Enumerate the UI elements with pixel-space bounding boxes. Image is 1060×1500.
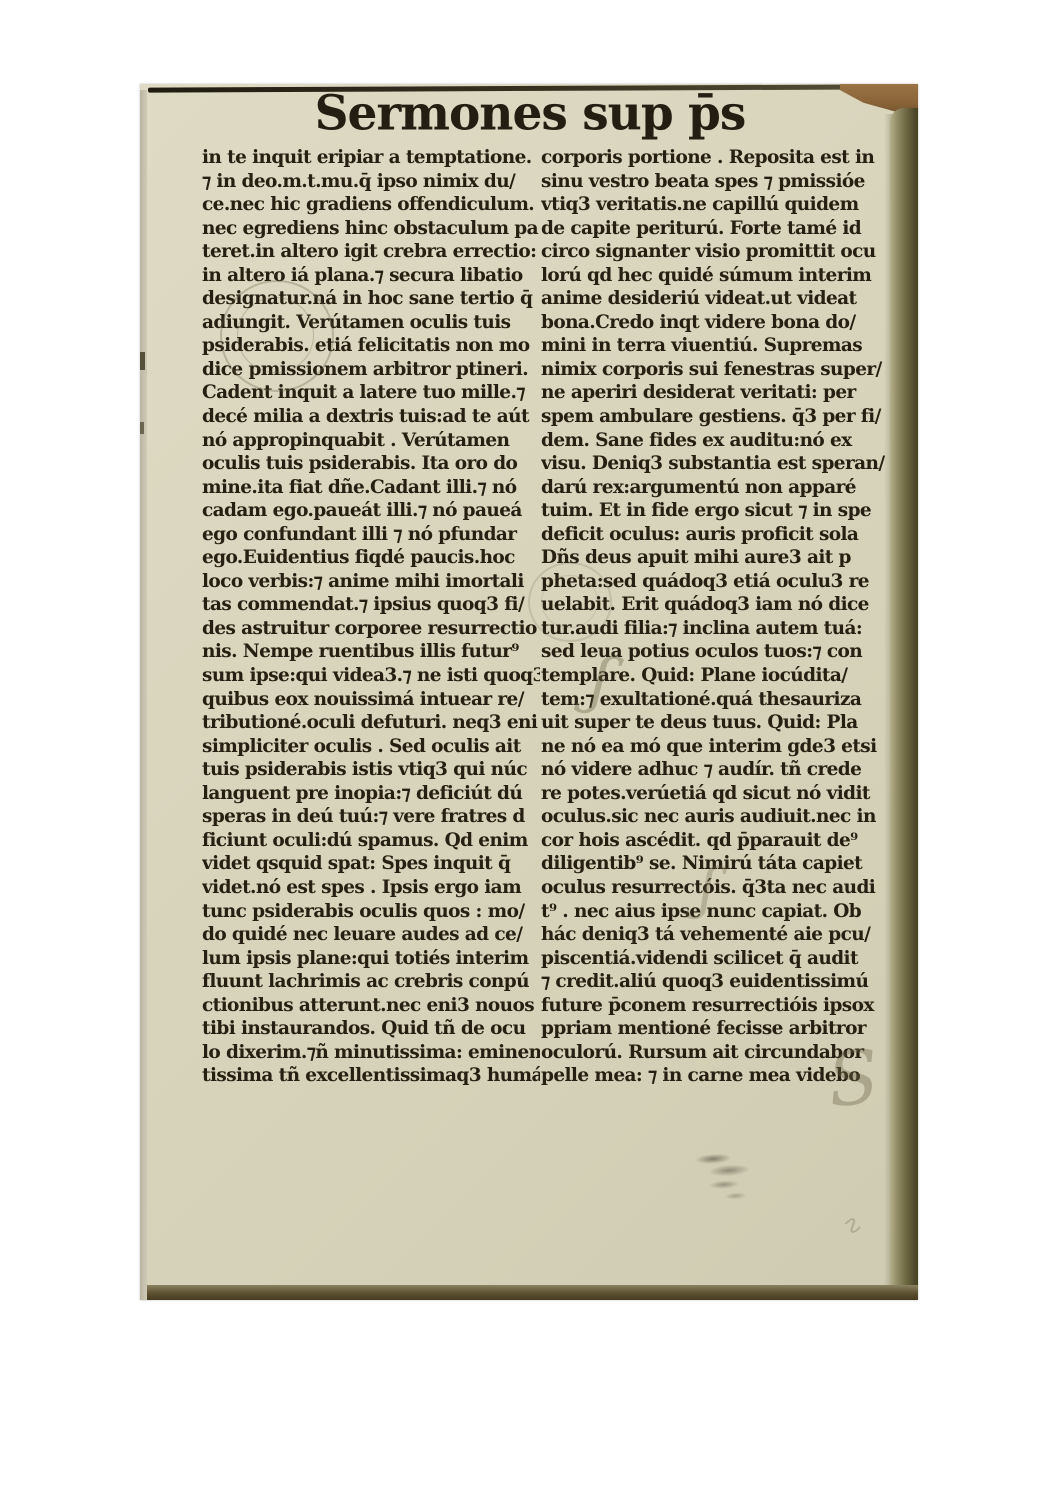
- text-line: lorú qd hec quidé súmum interim: [541, 264, 889, 288]
- show-through-mark: [528, 562, 612, 642]
- text-line: do quidé nec leuare audes ad ce/: [202, 923, 540, 947]
- text-line: nó appropinquabit . Verútamen: [202, 429, 540, 453]
- text-line: tuim. Et in fide ergo sicut ⁊ in spe: [541, 499, 889, 523]
- text-line: loco verbis:⁊ anime mihi imortali: [202, 570, 540, 594]
- text-line: piscentiá.videndi scilicet q̄ audit: [541, 947, 889, 971]
- text-line: ce.nec hic gradiens offendiculum.: [202, 193, 540, 217]
- text-line: quibus eox nouissimá intuear re/: [202, 688, 540, 712]
- text-line: templare. Quid: Plane iocúdita/: [541, 664, 889, 688]
- text-line: ⁊ credit.aliú quoq3 euidentissimú: [541, 970, 889, 994]
- text-line: ne aperiri desiderat veritati: per: [541, 381, 889, 405]
- text-line: nec egrediens hinc obstaculum pa: [202, 217, 540, 241]
- text-line: des astruitur corporee resurrectio: [202, 617, 540, 641]
- text-line: teret.in altero igit crebra errectio:: [202, 240, 540, 264]
- text-line: ppriam mentioné fecisse arbitror: [541, 1017, 889, 1041]
- text-line: tuis psiderabis istis vtiq3 qui núc: [202, 758, 540, 782]
- text-line: mini in terra viuentiú. Supremas: [541, 334, 889, 358]
- text-line: tem:⁊ exultationé.quá thesauriza: [541, 688, 889, 712]
- text-line: ⁊ in deo.m.t.mu.q̄ ipso nimix du/: [202, 170, 540, 194]
- page-left-edge: [140, 90, 147, 1300]
- text-line: in altero iá plana.⁊ secura libatio: [202, 264, 540, 288]
- text-line: uit super te deus tuus. Quid: Pla: [541, 711, 889, 735]
- text-line: ctionibus atterunt.nec eni3 nouos: [202, 994, 540, 1018]
- pencil-scribble: ∿: [836, 1207, 867, 1243]
- text-line: nimix corporis sui fenestras super/: [541, 358, 889, 382]
- text-line: in te inquit eripiar a temptatione.: [202, 146, 540, 170]
- text-line: ficiunt oculi:dú spamus. Qd enim: [202, 829, 540, 853]
- text-line: cor hois ascédit. qd p̄parauit de⁹: [541, 829, 889, 853]
- text-line: de capite periturú. Forte tamé id: [541, 217, 889, 241]
- page-edges-right: [890, 108, 918, 1300]
- text-line: cadam ego.paueát illi.⁊ nó paueá: [202, 499, 540, 523]
- text-line: ego confundant illi ⁊ nó pfundar: [202, 523, 540, 547]
- text-line: visu. Deniq3 substantia est speran/: [541, 452, 889, 476]
- text-line: tibi instaurandos. Quid tñ de ocu: [202, 1017, 540, 1041]
- text-line: spem ambulare gestiens. q̄3 per fi/: [541, 405, 889, 429]
- text-line: mine.ita fiat dñe.Cadant illi.⁊ nó: [202, 476, 540, 500]
- text-line: deficit oculus: auris proficit sola: [541, 523, 889, 547]
- text-line: circo signanter visio promittit ocu: [541, 240, 889, 264]
- text-line: nis. Nempe ruentibus illis futur⁹: [202, 640, 540, 664]
- text-line: simpliciter oculis . Sed oculis ait: [202, 735, 540, 759]
- text-line: Dñs deus apuit mihi aure3 ait p: [541, 546, 889, 570]
- text-line: future p̄conem resurrectióis ipsox: [541, 994, 889, 1018]
- text-line: tas commendat.⁊ ipsius quoq3 fi/: [202, 593, 540, 617]
- text-line: corporis portione . Reposita est in: [541, 146, 889, 170]
- text-line: dem. Sane fides ex auditu:nó ex: [541, 429, 889, 453]
- text-line: tissima tñ excellentissimaq3 humái: [202, 1064, 540, 1088]
- text-line: oculorú. Rursum ait circundabor: [541, 1041, 889, 1065]
- text-line: t⁹ . nec aius ipse nunc capiat. Ob: [541, 900, 889, 924]
- text-line: lo dixerim.⁊ñ minutissima: eminen: [202, 1041, 540, 1065]
- text-line: vtiq3 veritatis.ne capillú quidem: [541, 193, 889, 217]
- text-line: pelle mea: ⁊ in carne mea videbo: [541, 1064, 889, 1088]
- text-line: speras in deú tuú:⁊ vere fratres d: [202, 805, 540, 829]
- text-line: decé milia a dextris tuis:ad te aút: [202, 405, 540, 429]
- text-line: tunc psiderabis oculis quos : mo/: [202, 900, 540, 924]
- text-line: tributioné.oculi defuturi. neq3 eni: [202, 711, 540, 735]
- text-line: sinu vestro beata spes ⁊ pmissióe: [541, 170, 889, 194]
- ink-smudge: [678, 1143, 772, 1204]
- text-line: oculis tuis psiderabis. Ita oro do: [202, 452, 540, 476]
- text-line: lum ipsis plane:qui totiés interim: [202, 947, 540, 971]
- text-line: videt qsquid spat: Spes inquit q̄: [202, 852, 540, 876]
- text-line: sed leua potius oculos tuos:⁊ con: [541, 640, 889, 664]
- text-line: fluunt lachrimis ac crebris conpú: [202, 970, 540, 994]
- edge-nick: [140, 422, 144, 434]
- page-title: Sermones sup p̄s: [200, 85, 860, 144]
- text-line: darú rex:argumentú non apparé: [541, 476, 889, 500]
- text-line: hác deniq3 tá vehementé aie pcu/: [541, 923, 889, 947]
- text-line: bona.Credo inqt videre bona do/: [541, 311, 889, 335]
- text-line: nó videre adhuc ⁊ audír. tñ crede: [541, 758, 889, 782]
- text-line: re potes.verúetiá qd sicut nó vidit: [541, 782, 889, 806]
- edge-nick: [140, 352, 145, 370]
- text-line: videt.nó est spes . Ipsis ergo iam: [202, 876, 540, 900]
- embossed-stamp-mark: [220, 280, 334, 392]
- book-page-scan: Sermones sup p̄s in te inquit eripiar a …: [140, 84, 918, 1300]
- text-line: oculus.sic nec auris audiuit.nec in: [541, 805, 889, 829]
- text-line: sum ipse:qui videa3.⁊ ne isti quoq3: [202, 664, 540, 688]
- text-line: diligentib⁹ se. Nimirú táta capiet: [541, 852, 889, 876]
- text-line: ego.Euidentius fiqdé paucis.hoc: [202, 546, 540, 570]
- text-line: oculus resurrectóis. q̄3ta nec audi: [541, 876, 889, 900]
- text-line: languent pre inopia:⁊ deficiút dú: [202, 782, 540, 806]
- text-line: anime desideriú videat.ut videat: [541, 287, 889, 311]
- text-line: ne nó ea mó que interim gde3 etsi: [541, 735, 889, 759]
- page-bottom-edge: [144, 1285, 918, 1300]
- screenshot-root: { "scan": { "title": "Sermones sup p̄s",…: [0, 0, 1060, 1500]
